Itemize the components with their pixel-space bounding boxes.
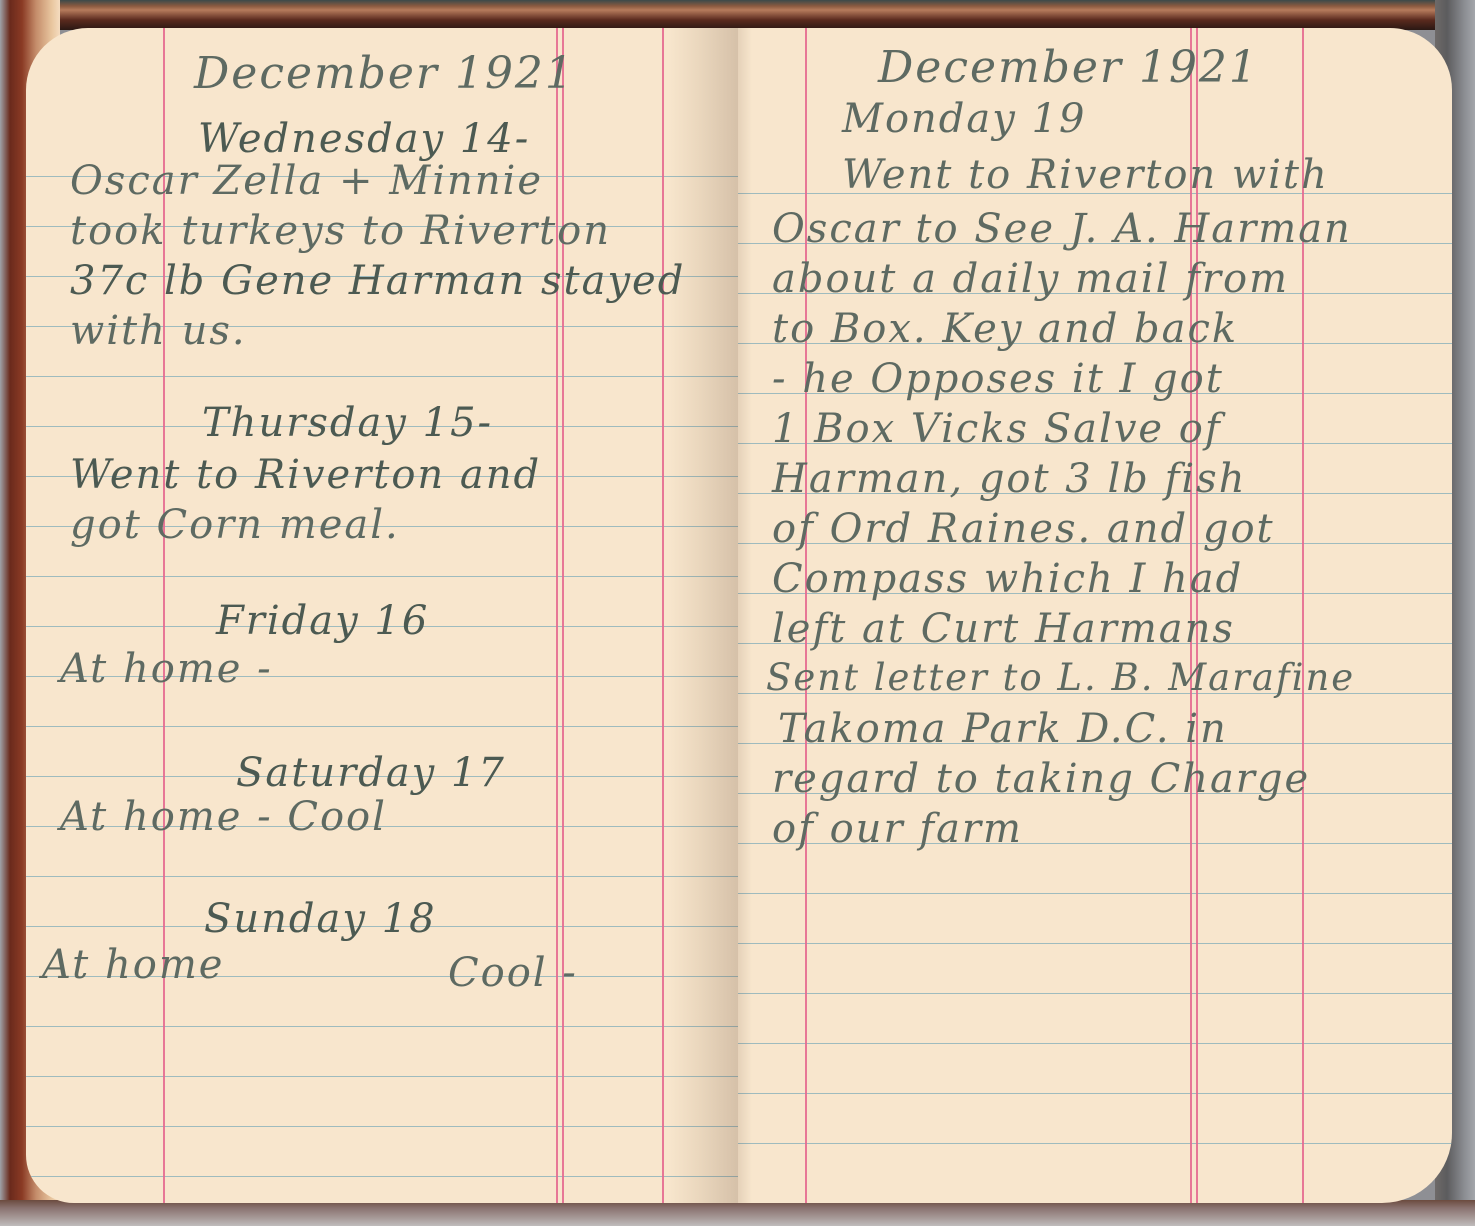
diary-page-right: December 1921 Monday 19 Went to Riverton… (738, 28, 1452, 1203)
month-header: December 1921 (194, 48, 575, 99)
entry-line: to Box. Key and back (772, 306, 1238, 352)
entry-line: Oscar Zella + Minnie (70, 158, 543, 204)
entry-day: Thursday 15- (202, 400, 493, 446)
entry-day: Monday 19 (842, 96, 1086, 142)
column-line (662, 28, 664, 1203)
entry-line: Oscar to See J. A. Harman (772, 206, 1352, 252)
entry-day: Wednesday 14- (198, 116, 530, 162)
gutter-shadow (738, 28, 752, 1203)
entry-line: of Ord Raines. and got (772, 506, 1275, 552)
column-line (562, 28, 564, 1203)
ruled-line (738, 993, 1452, 994)
entry-line: left at Curt Harmans (772, 606, 1235, 652)
ruled-line (26, 876, 738, 877)
ruled-line (26, 576, 738, 577)
column-line (556, 28, 558, 1203)
entry-line: At home - (60, 646, 273, 692)
month-header: December 1921 (878, 42, 1259, 93)
entry-line: Compass which I had (772, 556, 1243, 602)
entry-line: regard to taking Charge (772, 756, 1310, 802)
ruled-line (26, 1176, 738, 1177)
entry-line: Went to Riverton with (842, 152, 1329, 198)
diary-page-left: December 1921 Wednesday 14- Oscar Zella … (26, 28, 738, 1203)
ruled-line (26, 1026, 738, 1027)
ruled-line (26, 726, 738, 727)
entry-line: Went to Riverton and (70, 452, 541, 498)
entry-line: got Corn meal. (70, 502, 400, 548)
ruled-line (26, 376, 738, 377)
binder-bottom-edge (0, 1200, 1475, 1226)
column-line (1302, 28, 1304, 1203)
entry-line: - he Opposes it I got (772, 356, 1224, 402)
entry-line: took turkeys to Riverton (70, 208, 611, 254)
ruled-line (738, 1093, 1452, 1094)
entry-line: with us. (70, 308, 247, 354)
entry-day: Sunday 18 (204, 896, 437, 942)
entry-line: about a daily mail from (772, 256, 1289, 302)
entry-day: Saturday 17 (236, 750, 506, 796)
ruled-line (26, 1126, 738, 1127)
gutter-shadow (668, 28, 738, 1203)
ruled-line (738, 893, 1452, 894)
entry-line: Cool - (448, 950, 578, 996)
entry-line: of our farm (772, 806, 1023, 852)
ruled-line (738, 1143, 1452, 1144)
entry-line: Sent letter to L. B. Marafine (766, 656, 1355, 699)
margin-line (163, 28, 165, 1203)
entry-line: Harman, got 3 lb fish (772, 456, 1246, 502)
entry-line: 1 Box Vicks Salve of (772, 406, 1222, 452)
ruled-line (738, 943, 1452, 944)
binder-top-edge (0, 0, 1475, 30)
entry-line: Takoma Park D.C. in (778, 706, 1228, 752)
entry-line: 37c lb Gene Harman stayed (70, 258, 685, 304)
ruled-line (26, 1076, 738, 1077)
ruled-line (738, 1043, 1452, 1044)
entry-line: At home (42, 942, 224, 988)
entry-line: At home - Cool (60, 794, 387, 840)
entry-day: Friday 16 (216, 598, 429, 644)
